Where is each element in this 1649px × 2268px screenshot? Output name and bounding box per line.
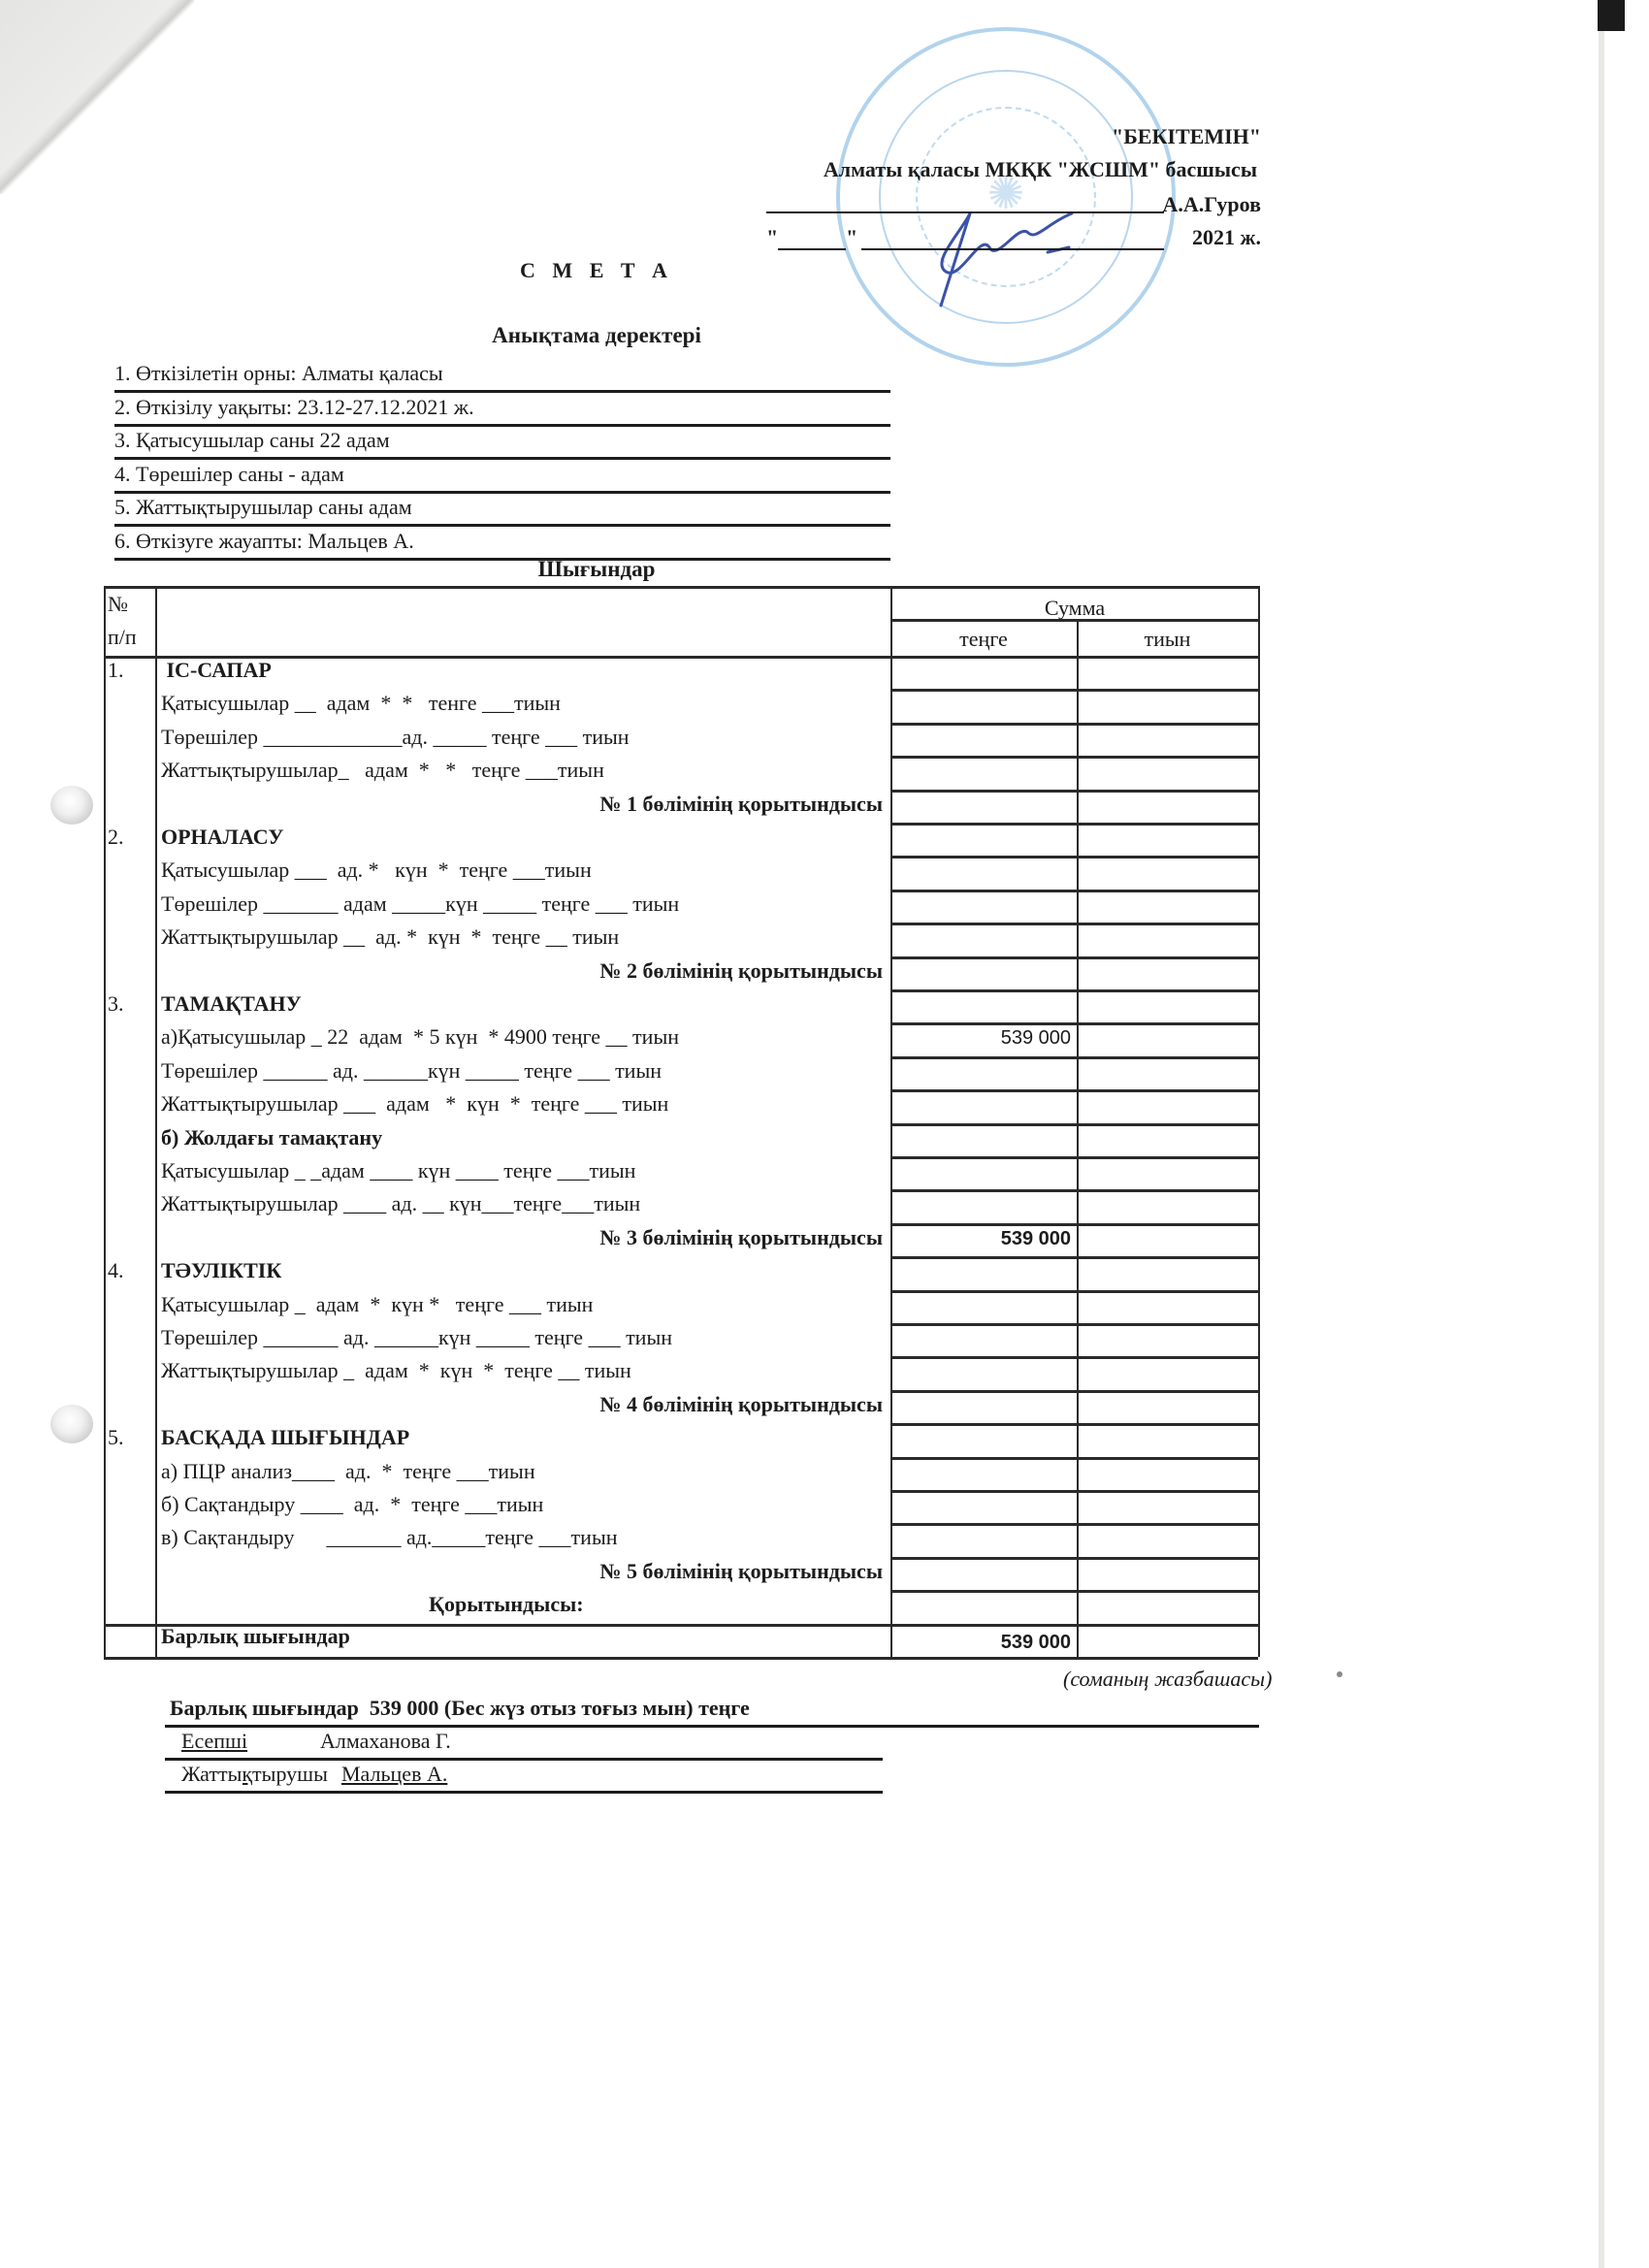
expense-line-item: Жаттықтырушылар_ адам * * теңге ___тиын (161, 754, 604, 787)
total-words-line (165, 1725, 1259, 1728)
expense-line-item: Жаттықтырушылар ____ ад. __ күн___теңге_… (161, 1187, 640, 1220)
speck (1337, 1671, 1342, 1677)
table-rule (890, 856, 1258, 859)
expenses-table: № п/п Сумма теңге тиын 1. ІС-САПАРҚатысу… (104, 586, 1258, 1657)
table-rule (890, 1490, 1258, 1493)
expense-line-item: Қатысушылар ___ ад. * күн * теңге ___тиы… (161, 854, 592, 887)
section-subtotal-label: № 1 бөлімінің қорытындысы (155, 788, 883, 821)
expense-line-item: в) Сақтандыру _______ ад._____теңге ___т… (161, 1521, 618, 1554)
approval-date-year: 2021 ж. (1192, 225, 1261, 250)
coach-label: Жаттықтырушы (181, 1762, 328, 1787)
table-rule (890, 1290, 1258, 1293)
amount-tenge: 539 000 (890, 1021, 1071, 1054)
table-rule (890, 1156, 1258, 1159)
table-column-rule (1077, 619, 1079, 1657)
date-month-line (861, 248, 1164, 250)
col-header-num-pp: п/п (108, 621, 137, 654)
expense-line-item: Төрешілер _____________ад. _____ теңге _… (161, 721, 630, 754)
table-rule (890, 1523, 1258, 1526)
section-heading: ОРНАЛАСУ (161, 821, 283, 854)
accountant-line (165, 1758, 883, 1761)
table-rule (890, 1390, 1258, 1393)
table-rule (890, 1056, 1258, 1059)
table-column-rule (890, 586, 892, 1657)
accountant-name: Алмаханова Г. (320, 1729, 451, 1754)
amount-tenge: 539 000 (890, 1222, 1071, 1255)
info-row: 5. Жаттықтырушылар саны адам (114, 491, 890, 527)
info-row: 1. Өткізілетін орны: Алматы қаласы (114, 357, 890, 393)
expense-line-item: Төрешілер _______ ад. ______күн _____ те… (161, 1321, 672, 1354)
table-rule (890, 989, 1258, 992)
expense-line-item: Жаттықтырушылар _ адам * күн * теңге __ … (161, 1354, 631, 1387)
table-rule (890, 1457, 1258, 1460)
table-bottom-rule (104, 1657, 1258, 1660)
table-rule (890, 823, 1258, 826)
section-heading: б) Жолдағы тамақтану (161, 1121, 382, 1154)
section-heading: ТАМАҚТАНУ (161, 988, 302, 1021)
table-column-rule (155, 586, 157, 1657)
section-subtotal-label: № 2 бөлімінің қорытындысы (155, 955, 883, 988)
table-rule (104, 586, 1258, 589)
table-rule (890, 619, 1258, 622)
punch-hole-icon (50, 786, 93, 825)
table-rule (890, 1089, 1258, 1092)
punch-hole-icon (50, 1405, 93, 1443)
scan-edge-shadow (1598, 0, 1625, 31)
expense-line-item: Жаттықтырушылар ___ адам * күн * теңге _… (161, 1087, 668, 1120)
table-rule (890, 923, 1258, 925)
table-rule (104, 656, 1258, 659)
scan-corner-fold (0, 0, 194, 194)
info-row: 3. Қатысушылар саны 22 адам (114, 424, 890, 460)
section-heading: БАСҚАДА ШЫҒЫНДАР (161, 1421, 409, 1454)
document-title: С М Е Т А (0, 258, 1193, 283)
total-in-words: Барлық шығындар 539 000 (Бес жүз отыз то… (170, 1696, 750, 1721)
section-subtotal-label: № 4 бөлімінің қорытындысы (155, 1388, 883, 1421)
total-label: Қорытындысы: (429, 1588, 584, 1621)
section-subtotal-label: № 3 бөлімінің қорытындысы (155, 1221, 883, 1254)
table-rule (890, 1256, 1258, 1259)
date-open-quote: " (766, 225, 778, 250)
amount-words-note: (соманың жазбашасы) (1063, 1667, 1272, 1692)
expense-line-item: а) ПЦР анализ____ ад. * теңге ___тиын (161, 1455, 535, 1488)
col-header-tiyn: тиын (1077, 623, 1258, 656)
table-rule (890, 1189, 1258, 1192)
table-rule (890, 689, 1258, 692)
row-number: 2. (108, 821, 124, 854)
table-rule (890, 756, 1258, 759)
table-rule (890, 790, 1258, 793)
table-rule (890, 1323, 1258, 1326)
row-number: 5. (108, 1421, 124, 1454)
signature-line (766, 211, 1164, 213)
expense-line-item: Төрешілер ______ ад. ______күн _____ тең… (161, 1054, 662, 1087)
table-rule (890, 956, 1258, 959)
row-number: 4. (108, 1254, 124, 1287)
info-heading: Анықтама деректері (0, 323, 1193, 348)
coach-name: Мальцев А. (341, 1762, 447, 1787)
section-subtotal-label: № 5 бөлімінің қорытындысы (155, 1555, 883, 1588)
expense-line-item: Қатысушылар _ _адам ____ күн ____ теңге … (161, 1154, 635, 1187)
approval-signatory: А.А.Гуров (1162, 192, 1261, 217)
info-row: 6. Өткізуге жауапты: Мальцев А. (114, 525, 890, 561)
expense-line-item: Жаттықтырушылар __ ад. * күн * теңге __ … (161, 921, 619, 954)
table-rule (890, 1123, 1258, 1126)
table-column-rule (1258, 586, 1260, 1657)
expense-line-item: Қатысушылар _ адам * күн * теңге ___ тиы… (161, 1288, 593, 1321)
expense-line-item: Төрешілер _______ адам _____күн _____ те… (161, 888, 679, 921)
info-row: 4. Төрешілер саны - адам (114, 458, 890, 494)
table-column-rule (104, 586, 106, 1657)
expense-line-item: а)Қатысушылар _ 22 адам * 5 күн * 4900 т… (161, 1021, 679, 1053)
table-rule (890, 1590, 1258, 1593)
row-number: 1. (108, 654, 124, 687)
table-rule (890, 1356, 1258, 1359)
table-rule (890, 723, 1258, 726)
col-header-tenge: теңге (890, 623, 1077, 656)
table-rule (890, 1423, 1258, 1426)
info-row: 2. Өткізілу уақыты: 23.12-27.12.2021 ж. (114, 391, 890, 427)
scan-page-edge (1599, 0, 1604, 2268)
expense-line-item: Қатысушылар __ адам * * тенге ___тиын (161, 687, 561, 720)
approval-heading: "БЕКІТЕМІН" (1112, 124, 1261, 149)
expenses-heading: Шығындар (0, 557, 1193, 582)
table-rule (890, 890, 1258, 892)
grand-total-label: Барлық шығындар (161, 1620, 350, 1653)
date-close-quote: " (846, 225, 857, 250)
coach-line (165, 1791, 883, 1794)
grand-total-tenge: 539 000 (890, 1626, 1071, 1659)
accountant-label: Есепші (181, 1729, 247, 1754)
row-number: 3. (108, 988, 124, 1021)
approval-org-line: Алматы қаласы МКҚК "ЖСШМ" басшысы (824, 157, 1257, 182)
col-header-num: № (108, 588, 128, 621)
section-heading: ІС-САПАР (161, 654, 272, 687)
expense-line-item: б) Сақтандыру ____ ад. * теңге ___тиын (161, 1488, 543, 1521)
section-heading: ТӘУЛІКТІК (161, 1254, 281, 1287)
coach-name-underlined (242, 1762, 248, 1787)
date-day-line (778, 248, 846, 250)
table-rule (890, 1557, 1258, 1560)
